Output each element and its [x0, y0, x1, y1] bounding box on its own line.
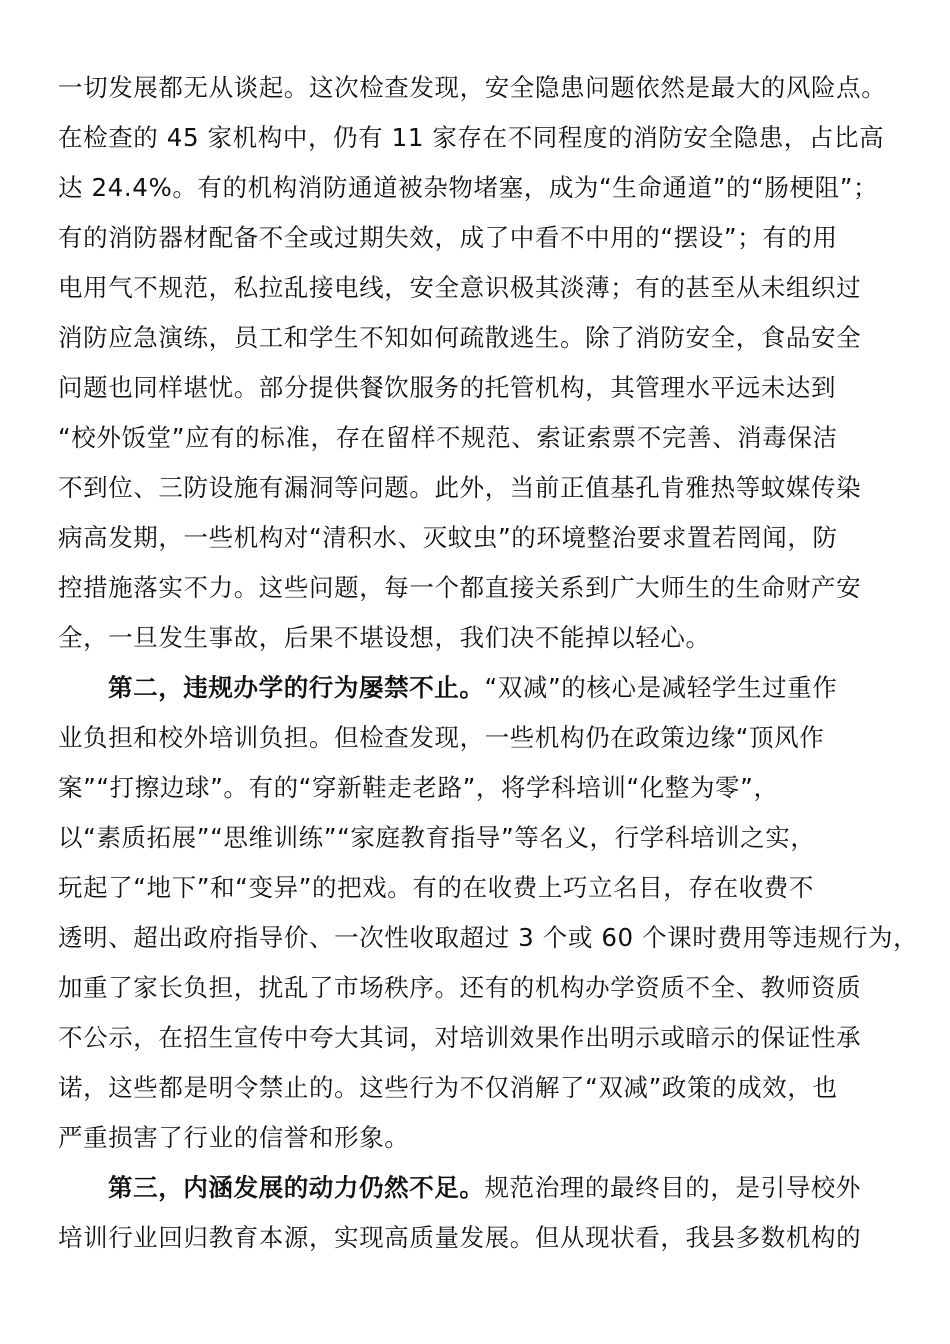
- text-line: 严重损害了行业的信誉和形象。: [58, 1123, 409, 1153]
- text-line: 培训行业回归教育本源，实现高质量发展。但从现状看，我县多数机构的: [58, 1223, 861, 1253]
- text-line: 病高发期，一些机构对“清积水、灭蚊虫”的环境整治要求置若罔闻，防: [58, 523, 838, 553]
- text-line: 加重了家长负担，扰乱了市场秩序。还有的机构办学资质不全、教师资质: [58, 973, 861, 1003]
- paragraph-first-line: 第二，违规办学的行为屡禁不止。“双减”的核心是减轻学生过重作: [108, 673, 837, 703]
- text-line: 诺，这些都是明令禁止的。这些行为不仅消解了“双减”政策的成效，也: [58, 1073, 838, 1103]
- text-line: 一切发展都无从谈起。这次检查发现，安全隐患问题依然是最大的风险点。: [58, 73, 886, 103]
- text-line: 玩起了“地下”和“变异”的把戏。有的在收费上巧立名目，存在收费不: [58, 873, 814, 903]
- text-line: 透明、超出政府指导价、一次性收取超过 3 个或 60 个课时费用等违规行为，: [58, 923, 918, 953]
- section-heading-third: 第三，内涵发展的动力仍然不足。: [108, 1173, 485, 1202]
- text-span: 规范治理的最终目的，是引导校外: [485, 1173, 862, 1202]
- text-line: 案”“打擦边球”。有的“穿新鞋走老路”，将学科培训“化整为零”，: [58, 773, 779, 803]
- text-line: 不到位、三防设施有漏洞等问题。此外，当前正值基孔肯雅热等蚊媒传染: [58, 473, 861, 503]
- text-line: 消防应急演练，员工和学生不知如何疏散逃生。除了消防安全，食品安全: [58, 323, 861, 353]
- text-line: 业负担和校外培训负担。但检查发现，一些机构仍在政策边缘“顶风作: [58, 723, 824, 753]
- text-line: 不公示，在招生宣传中夸大其词，对培训效果作出明示或暗示的保证性承: [58, 1023, 861, 1053]
- text-line: 有的消防器材配备不全或过期失效，成了中看不中用的“摆设”；有的用: [58, 223, 838, 253]
- text-line: 以“素质拓展”“思维训练”“家庭教育指导”等名义，行学科培训之实，: [58, 823, 815, 853]
- text-line: 全，一旦发生事故，后果不堪设想，我们决不能掉以轻心。: [58, 623, 711, 653]
- text-line: 控措施落实不力。这些问题，每一个都直接关系到广大师生的生命财产安: [58, 573, 861, 603]
- document-page: 一切发展都无从谈起。这次检查发现，安全隐患问题依然是最大的风险点。 在检查的 4…: [0, 0, 950, 1344]
- text-line: 问题也同样堪忧。部分提供餐饮服务的托管机构，其管理水平远未达到: [58, 373, 836, 403]
- paragraph-first-line: 第三，内涵发展的动力仍然不足。规范治理的最终目的，是引导校外: [108, 1173, 861, 1203]
- text-line: “校外饭堂”应有的标准，存在留样不规范、索证索票不完善、消毒保洁: [58, 423, 838, 453]
- text-line: 达 24.4%。有的机构消防通道被杂物堵塞，成为“生命通道”的“肠梗阻”；: [58, 173, 878, 203]
- text-line: 在检查的 45 家机构中，仍有 11 家存在不同程度的消防安全隐患，占比高: [58, 123, 884, 153]
- section-heading-second: 第二，违规办学的行为屡禁不止。: [108, 673, 485, 702]
- text-line: 电用气不规范，私拉乱接电线，安全意识极其淡薄；有的甚至从未组织过: [58, 273, 861, 303]
- text-span: “双减”的核心是减轻学生过重作: [485, 673, 838, 702]
